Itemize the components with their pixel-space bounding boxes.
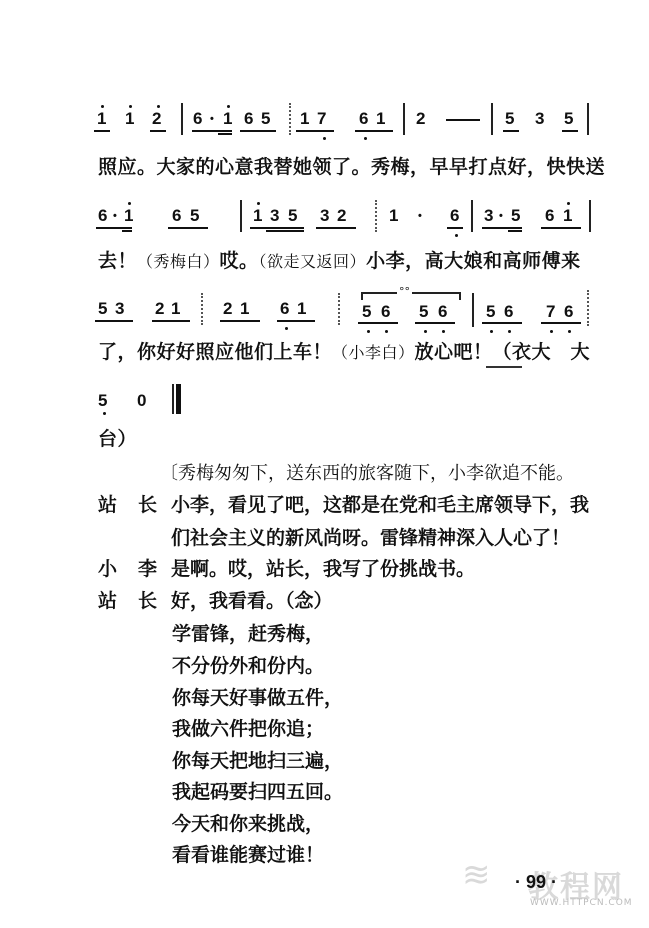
stage-direction: 〔秀梅匆匆下，送东西的旅客随下，小李欲追不能。 [160, 463, 574, 485]
note: 2 [223, 300, 232, 318]
note: 5 [261, 110, 270, 128]
underline [220, 320, 260, 322]
note: 1 [171, 300, 180, 318]
low-octave-dot [490, 330, 493, 333]
note: 6 [280, 300, 289, 318]
note: 3 [270, 207, 279, 225]
high-octave-dot [129, 105, 132, 108]
lyric-sung: 小李，高大娘和高师傅来 [366, 250, 581, 272]
underline [277, 320, 315, 322]
underline [415, 322, 455, 324]
final-barline-thin [172, 384, 174, 414]
note: 5 [419, 303, 428, 321]
note: 5 [564, 110, 573, 128]
note: 5 [288, 207, 297, 225]
dashed-barline [375, 200, 378, 232]
verse-line: 不分份外和份内。 [172, 655, 324, 677]
dashed-barline [289, 103, 292, 135]
dot-note: • [418, 207, 422, 225]
stage-note: （秀梅白） [137, 252, 220, 271]
note: 5 [505, 110, 514, 128]
verse-line: 学雷锋，赶秀梅， [172, 623, 324, 645]
dialogue-line: 是啊。哎，站长，我写了份挑战书。 [171, 558, 475, 580]
lyric-line-3: 了，你好好照应他们上车！（小李白）放心吧！（衣大 大 [98, 341, 590, 364]
dialogue-line: 们社会主义的新风尚呀。雷锋精神深入人心了！ [171, 527, 570, 549]
verse-line: 今天和你来挑战， [172, 813, 324, 835]
barline [181, 103, 183, 135]
lyric-line-2: 去！（秀梅白）哎。（欲走又返回）小李，高大娘和高师傅来 [98, 250, 581, 273]
note: 5 [511, 207, 520, 225]
underline [192, 130, 232, 132]
underline [447, 227, 463, 229]
verse-line: 我起码要扫四五回。 [172, 781, 343, 803]
underline [482, 227, 522, 229]
low-octave-dot [424, 330, 427, 333]
barline [471, 200, 473, 232]
note: 1 [124, 207, 133, 225]
high-octave-dot [128, 202, 131, 205]
dialogue-line: 好，我看看。（念） [171, 590, 333, 612]
underline [152, 320, 190, 322]
underline [218, 133, 232, 135]
note: 1 [97, 110, 106, 128]
note: 6 [359, 110, 368, 128]
watermark-url: WWW.HTTPCN.COM [530, 898, 633, 908]
note: 5 [486, 303, 495, 321]
dashed-barline [201, 293, 204, 325]
barline [403, 103, 405, 135]
note: 3 [484, 207, 493, 225]
note: 1 [300, 110, 309, 128]
underline [250, 227, 304, 229]
lyric-sung: 放心吧！（衣大 大 [415, 341, 591, 363]
high-octave-dot [227, 105, 230, 108]
high-octave-dot [567, 202, 570, 205]
underline [482, 322, 522, 324]
note: 5 [190, 207, 199, 225]
underline [562, 130, 578, 132]
lyric-line-1: 照应。大家的心意我替她领了。秀梅，早早打点好，快快送 [98, 156, 605, 178]
note: 6 [545, 207, 554, 225]
barline [491, 103, 493, 135]
underline [503, 130, 519, 132]
underline [266, 230, 304, 232]
note: 5 [98, 300, 107, 318]
note: 3 [535, 110, 544, 128]
note: 1 [223, 110, 232, 128]
low-octave-dot [323, 137, 326, 140]
underline [316, 227, 356, 229]
underline [486, 366, 522, 368]
low-octave-dot [568, 330, 571, 333]
low-octave-dot [550, 330, 553, 333]
role-label: 小李 [98, 558, 178, 580]
note: 2 [337, 207, 346, 225]
note: 6 [98, 207, 107, 225]
lyric-spoken: 哎。 [220, 250, 259, 272]
verse-line: 我做六件把你追； [172, 718, 324, 740]
note: 5 [362, 303, 371, 321]
low-octave-dot [455, 234, 458, 237]
high-octave-dot [157, 105, 160, 108]
note: 7 [546, 303, 555, 321]
dot-note: • [499, 207, 503, 225]
note: 6 [244, 110, 253, 128]
dashed-barline [338, 293, 341, 325]
underline [94, 130, 110, 132]
note: 7 [317, 110, 326, 128]
note: 6 [381, 303, 390, 321]
underline [150, 130, 166, 132]
underline [240, 130, 276, 132]
low-octave-dot [103, 412, 106, 415]
note: 3 [320, 207, 329, 225]
note: 1 [389, 207, 398, 225]
note: 5 [98, 392, 107, 410]
low-octave-dot [364, 137, 367, 140]
note: 2 [152, 110, 161, 128]
high-octave-dot [257, 202, 260, 205]
note: 1 [240, 300, 249, 318]
note: 6 [172, 207, 181, 225]
low-octave-dot [285, 327, 288, 330]
underline [168, 227, 208, 229]
underline [96, 227, 132, 229]
note: 3 [115, 300, 124, 318]
underline [296, 130, 334, 132]
low-octave-dot [367, 330, 370, 333]
low-octave-dot [508, 330, 511, 333]
underline [122, 230, 132, 232]
barline [589, 200, 591, 232]
underline [95, 320, 133, 322]
underline [508, 230, 522, 232]
note: 1 [297, 300, 306, 318]
lyric-sung: 去！ [98, 250, 137, 272]
verse-line: 你每天好事做五件， [172, 687, 343, 709]
note: 6 [438, 303, 447, 321]
verse-line: 你每天把地扫三遍， [172, 750, 343, 772]
underline [358, 322, 398, 324]
final-barline-thick [176, 384, 181, 414]
page-number: · 99 · [515, 872, 557, 893]
note: 1 [253, 207, 262, 225]
dashed-barline [587, 290, 590, 326]
note: 0 [137, 392, 146, 410]
note: 6 [193, 110, 202, 128]
note: 2 [416, 110, 425, 128]
note: 6 [564, 303, 573, 321]
note: 2 [155, 300, 164, 318]
low-octave-dot [385, 330, 388, 333]
barline [240, 200, 242, 232]
note: 1 [376, 110, 385, 128]
extension-dash [446, 119, 480, 121]
note: 6 [504, 303, 513, 321]
low-octave-dot [442, 330, 445, 333]
high-octave-dot [101, 105, 104, 108]
underline [541, 227, 581, 229]
underline [541, 322, 581, 324]
barline [587, 103, 589, 135]
note: 6 [450, 207, 459, 225]
barline [472, 293, 474, 327]
role-label: 站长 [98, 590, 178, 612]
role-label: 站长 [98, 494, 178, 516]
lyric-sung: 了，你好好照应他们上车！ [98, 341, 332, 363]
dot-note: • [210, 110, 214, 128]
underline [355, 130, 393, 132]
stage-note: （欲走又返回） [259, 252, 367, 271]
dialogue-line: 小李，看见了吧，这都是在党和毛主席领导下，我 [171, 494, 589, 516]
watermark-wave-icon: ≋ [462, 855, 491, 895]
stage-note: （小李白） [332, 343, 415, 362]
lyric-line-4: 台） [98, 428, 137, 450]
bracket-mark: °° [397, 285, 412, 298]
verse-line: 看看谁能赛过谁！ [172, 844, 324, 866]
dot-note: • [113, 207, 117, 225]
note: 1 [563, 207, 572, 225]
note: 1 [125, 110, 134, 128]
